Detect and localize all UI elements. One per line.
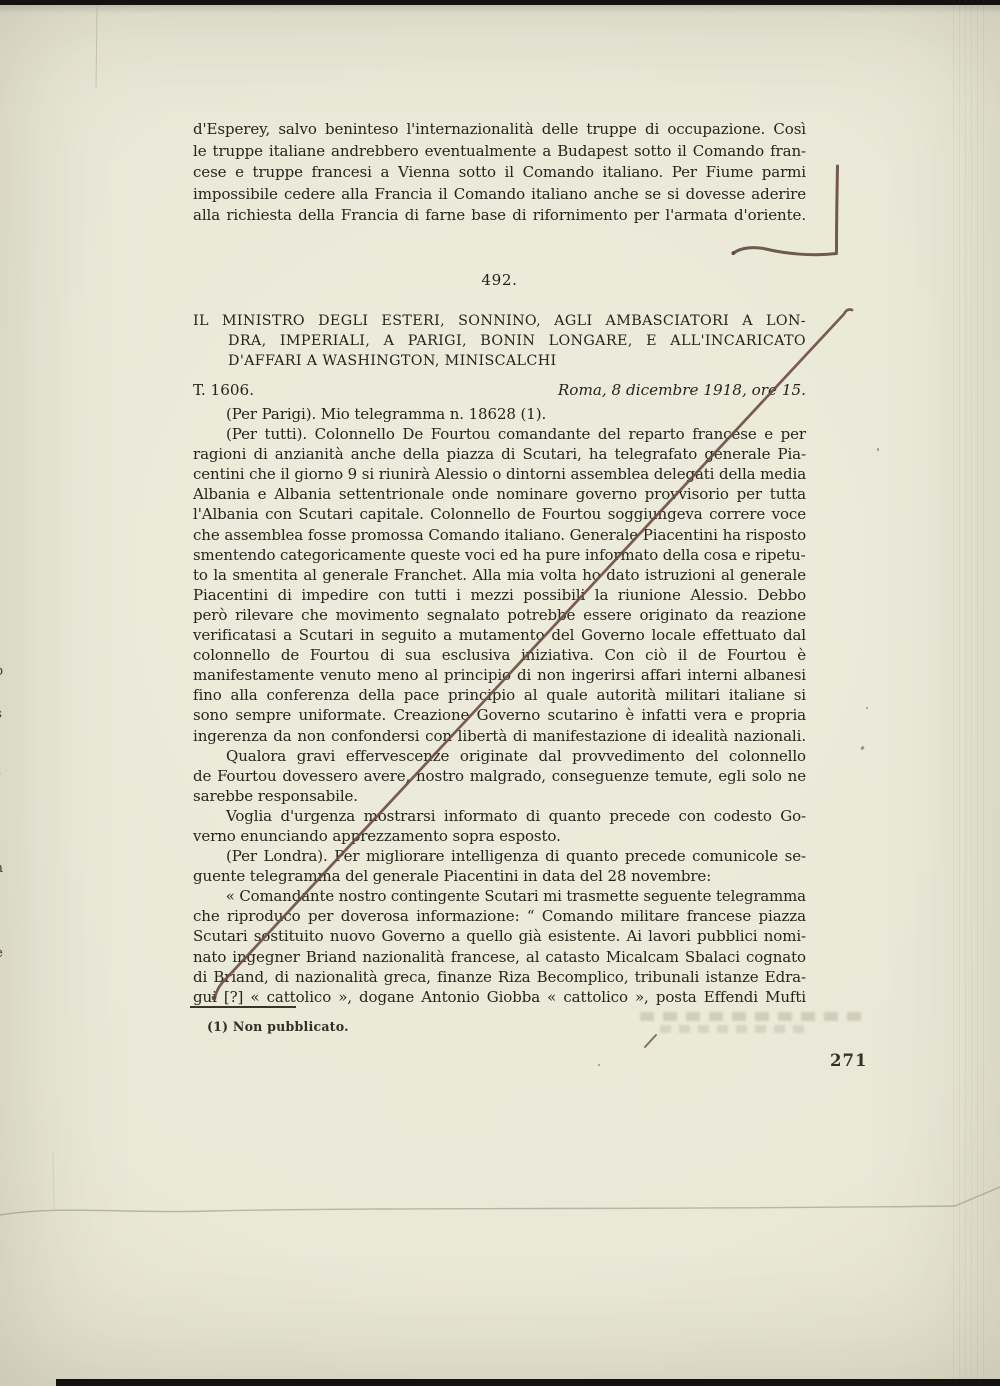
paper-speck	[598, 1064, 600, 1066]
text-line: che riproduco per doverosa informazione:…	[193, 906, 806, 926]
scan-bottom-edge	[56, 1379, 1000, 1386]
document-meta-row: T. 1606. Roma, 8 dicembre 1918, ore 15.	[193, 381, 806, 399]
paper-speck	[866, 707, 868, 709]
scan-top-shadow	[0, 5, 1000, 14]
body-paragraph: Voglia d'urgenza mostrarsi informato di …	[193, 806, 806, 846]
margin-bleed-char: s	[0, 706, 9, 722]
text-line: nato ingegner Briand nazionalità frances…	[193, 947, 806, 967]
text-line: Qualora gravi effervescenze originate da…	[193, 746, 806, 766]
text-line: (Per Londra). Per migliorare intelligenz…	[193, 846, 806, 866]
text-line: D'AFFARI A WASHINGTON, MINISCALCHI	[193, 352, 806, 372]
text-line: Voglia d'urgenza mostrarsi informato di …	[193, 806, 806, 826]
text-line: manifestamente venuto meno al principio …	[193, 665, 806, 685]
text-line: di Briand, di nazionalità greca, finanze…	[193, 967, 806, 987]
bottom-fold-crease	[0, 1187, 1000, 1215]
margin-bleed-char: .	[0, 826, 9, 842]
text-line: centini che il giorno 9 si riunirà Aless…	[193, 464, 805, 484]
body-paragraph: (Per tutti). Colonnello De Fourtou coman…	[193, 424, 806, 746]
text-line: cese e truppe francesi a Vienna sotto il…	[193, 162, 806, 184]
prev-document-paragraph: d'Esperey, salvo beninteso l'internazion…	[193, 119, 806, 227]
document-heading: IL MINISTRO DEGLI ESTERI, SONNINO, AGLI …	[193, 312, 806, 371]
body-paragraph: (Per Londra). Per migliorare intelligenz…	[193, 846, 806, 886]
margin-bleed-char: -	[0, 901, 9, 917]
margin-bleed-char: ;	[0, 743, 9, 759]
margin-bleed-char: i	[0, 843, 9, 859]
text-line: le truppe italiane andrebbero eventualme…	[193, 141, 806, 163]
paper-speck	[877, 448, 879, 451]
text-line: d'Esperey, salvo beninteso l'internazion…	[193, 119, 806, 141]
paper-speck	[860, 746, 865, 751]
text-line: gui [?] « cattolico », dogane Antonio Gi…	[193, 987, 806, 1007]
text-line: impossibile cedere alla Francia il Coman…	[193, 184, 806, 206]
text-line: DRA, IMPERIALI, A PARIGI, BONIN LONGARE,…	[193, 332, 806, 352]
text-line: ingerenza da non confondersi con libertà…	[193, 726, 806, 746]
text-line: sono sempre uniformate. Creazione Govern…	[193, 705, 806, 725]
body-paragraph: Qualora gravi effervescenze originate da…	[193, 746, 806, 806]
margin-bleed-char: a	[0, 860, 9, 876]
text-line: verificatasi a Scutari in seguito a muta…	[193, 625, 806, 645]
bottom-left-crease	[53, 1152, 54, 1210]
margin-bleed-char: e	[0, 945, 9, 961]
binding-striations	[948, 0, 988, 1386]
text-line: però rilevare che movimento segnalato po…	[193, 605, 806, 625]
dateline: Roma, 8 dicembre 1918, ore 15.	[558, 381, 806, 399]
text-line: alla richiesta della Francia di farne ba…	[193, 205, 806, 227]
text-line: guente telegramma del generale Piacentin…	[193, 866, 806, 886]
text-line: Scutari sostituito nuovo Governo a quell…	[193, 926, 806, 946]
telegram-number: T. 1606.	[193, 381, 254, 399]
corner-bracket-start-blob	[732, 251, 736, 255]
text-line: to la smentita al generale Franchet. All…	[193, 565, 806, 585]
document-body: (Per Parigi). Mio telegramma n. 18628 (1…	[193, 404, 806, 1007]
margin-bleed-char: -	[0, 916, 9, 932]
text-line: verno enunciando apprezzamento sopra esp…	[193, 826, 806, 846]
text-line: che assemblea fosse promossa Comando ita…	[193, 525, 806, 545]
footnote-separator	[190, 1006, 296, 1008]
margin-bleed-char: t	[0, 763, 9, 779]
text-line: « Comandante nostro contingente Scutari …	[193, 886, 801, 906]
text-line: ragioni di anzianità anche della piazza …	[193, 444, 806, 464]
text-line: colonnello de Fourtou di sua esclusiva i…	[193, 645, 806, 665]
text-line: fino alla conferenza della pace principi…	[193, 685, 806, 705]
margin-bleed-char: .	[0, 886, 9, 902]
text-line: Piacentini di impedire con tutti i mezzi…	[193, 585, 806, 605]
margin-bleed-char: o	[0, 663, 9, 679]
scanned-document-page: d'Esperey, salvo beninteso l'internazion…	[0, 0, 1000, 1386]
body-paragraph: « Comandante nostro contingente Scutari …	[193, 886, 806, 1007]
text-line: IL MINISTRO DEGLI ESTERI, SONNINO, AGLI …	[193, 312, 806, 332]
text-line: l'Albania con Scutari capitale. Colonnel…	[193, 504, 806, 524]
text-line: sarebbe responsabile.	[193, 786, 806, 806]
ghost-bleed-text-line	[660, 1025, 812, 1033]
page-number: 271	[830, 1051, 867, 1070]
text-line: Albania e Albania settentrionale onde no…	[193, 484, 806, 504]
top-crease	[96, 6, 97, 88]
document-number: 492.	[193, 271, 806, 289]
margin-bleed-char: i	[0, 800, 9, 816]
small-slash-pen-mark	[645, 1035, 656, 1047]
text-line: de Fourtou dovessero avere, nostro malgr…	[193, 766, 806, 786]
footnote: (1) Non pubblicato.	[207, 1019, 349, 1034]
ghost-bleed-text-line	[640, 1012, 868, 1021]
text-line: (Per tutti). Colonnello De Fourtou coman…	[193, 424, 806, 444]
text-line: (Per Parigi). Mio telegramma n. 18628 (1…	[193, 404, 806, 424]
text-line: smentendo categoricamente queste voci ed…	[193, 545, 803, 565]
body-paragraph: (Per Parigi). Mio telegramma n. 18628 (1…	[193, 404, 806, 424]
